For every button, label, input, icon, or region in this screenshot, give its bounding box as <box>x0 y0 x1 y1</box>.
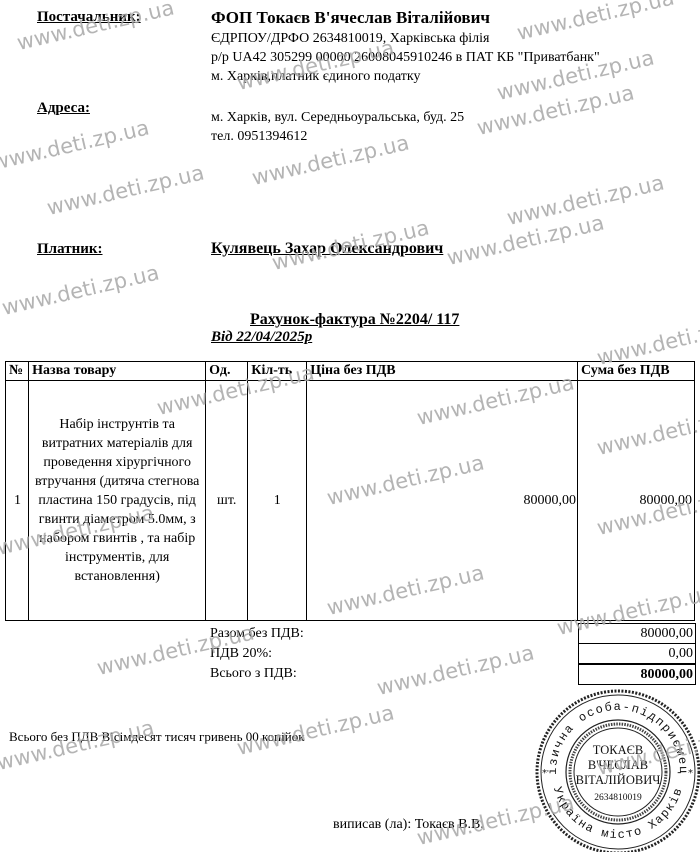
payer-label: Платник: <box>37 241 103 258</box>
col-header-num: № <box>6 362 29 381</box>
watermark-text: www.deti.zp.ua <box>45 161 207 220</box>
total-value: 80000,00 <box>579 664 695 684</box>
issued-by: виписав (ла): Токаєв В.В. <box>333 817 484 833</box>
subtotal-value: 80000,00 <box>579 624 695 644</box>
supplier-account: р/р UA42 305299 00000 26008045910246 в П… <box>211 50 600 66</box>
address-label: Адреса: <box>37 100 90 117</box>
watermark-text: www.deti.zp.ua <box>445 211 607 270</box>
supplier-edrpou: ЄДРПОУ/ДРФО 2634810019, Харківська філія <box>211 31 489 47</box>
watermark-text: www.deti.zp.ua <box>0 261 161 320</box>
cell-sum: 80000,00 <box>578 381 695 621</box>
totals-labels: Разом без ПДВ: ПДВ 20%: Всього з ПДВ: <box>210 624 304 684</box>
watermark-text: www.deti.zp.ua <box>0 116 151 175</box>
stamp-line-1: ТОКАЄВ <box>593 743 643 757</box>
col-header-unit: Од. <box>206 362 248 381</box>
col-header-name: Назва товару <box>29 362 206 381</box>
payer-name: Кулявець Захар Олександрович <box>211 240 443 258</box>
cell-name: Набір інструнтів та витратних матеріалів… <box>29 381 206 621</box>
col-header-price: Ціна без ПДВ <box>307 362 578 381</box>
total-label: Всього з ПДВ: <box>210 664 304 684</box>
watermark-text: www.deti.zp.ua <box>475 81 637 140</box>
table-header-row: № Назва товару Од. Кіл-ть Ціна без ПДВ С… <box>6 362 695 381</box>
stamp-star-right: * <box>688 768 693 779</box>
watermark-text: www.deti.zp.ua <box>0 716 156 775</box>
watermark-text: www.deti.zp.ua <box>515 0 677 45</box>
items-table: № Назва товару Од. Кіл-ть Ціна без ПДВ С… <box>5 361 695 621</box>
invoice-date: Від 22/04/2025р <box>211 329 312 346</box>
vat-value: 0,00 <box>579 644 695 664</box>
supplier-label: Постачальник: <box>37 9 141 26</box>
address-phone: тел. 0951394612 <box>211 129 307 145</box>
cell-price: 80000,00 <box>307 381 578 621</box>
watermark-text: www.deti.zp.ua <box>505 171 667 230</box>
address-street: м. Харків, вул. Середньоуральська, буд. … <box>211 110 464 126</box>
subtotal-label: Разом без ПДВ: <box>210 624 304 644</box>
watermark-text: www.deti.zp.ua <box>375 641 537 700</box>
cell-qty: 1 <box>248 381 307 621</box>
invoice-title: Рахунок-фактура №2204/ 117 <box>250 311 459 329</box>
cell-unit: шт. <box>206 381 248 621</box>
stamp-code: 2634810019 <box>594 793 642 803</box>
totals-box: 80000,00 0,00 80000,00 <box>578 623 696 685</box>
col-header-sum: Сума без ПДВ <box>578 362 695 381</box>
stamp-line-2: В'ЧЕСЛАВ <box>588 758 648 772</box>
table-row: 1 Набір інструнтів та витратних матеріал… <box>6 381 695 621</box>
vat-label: ПДВ 20%: <box>210 644 304 664</box>
supplier-name: ФОП Токаєв В'ячеслав Віталійович <box>211 8 490 28</box>
col-header-qty: Кіл-ть <box>248 362 307 381</box>
cell-num: 1 <box>6 381 29 621</box>
stamp-line-3: ВІТАЛІЙОВИЧ <box>576 773 661 787</box>
amount-in-words: Всього без ПДВ Вісімдесят тисяч гривень … <box>9 729 305 745</box>
supplier-tax-status: м. Харків,платник єдиного податку <box>211 69 421 85</box>
stamp-star-left: * <box>542 768 547 779</box>
seal-stamp: Фізична особа-підприємець Україна місто … <box>534 688 700 852</box>
